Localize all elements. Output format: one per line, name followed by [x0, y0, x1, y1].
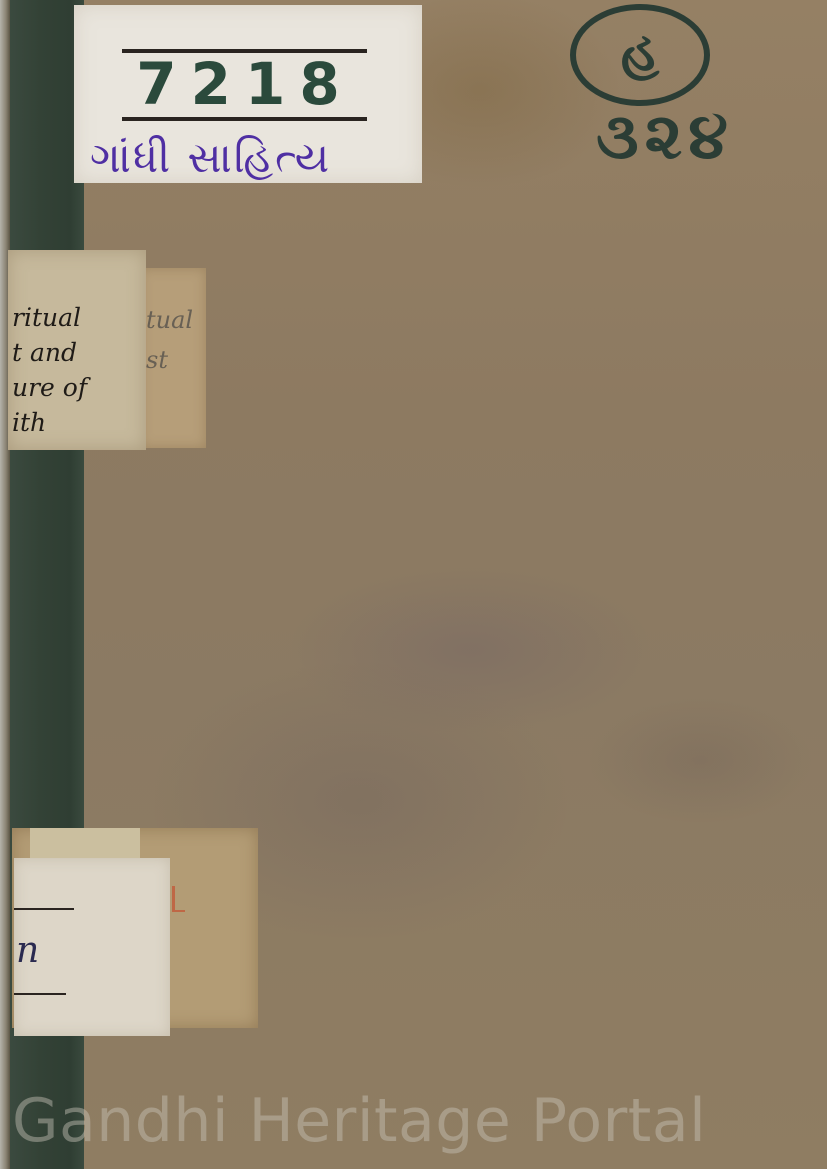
spine-title: ritual t and ure of ith: [12, 300, 146, 440]
spine-title-line: ith: [12, 405, 146, 440]
red-pencil-mark: [172, 886, 185, 912]
spine-title-label: ritual t and ure of ith: [8, 250, 146, 450]
spine-title-line: ure of: [12, 370, 146, 405]
spine-title-line: ritual: [12, 300, 146, 335]
spine-edge: [0, 0, 10, 1169]
ghost-line: st: [146, 340, 206, 380]
circled-letter: હ: [576, 12, 704, 92]
call-number: 7218: [120, 51, 370, 117]
circled-letter-mark: હ: [570, 4, 710, 106]
bottom-sticker: n: [14, 858, 170, 1036]
label-rule-bottom: [122, 117, 367, 121]
sticker-rule-bottom: [14, 993, 66, 995]
sticker-mark: n: [16, 930, 39, 971]
shelf-number: ૩૨૪: [596, 100, 734, 174]
watermark: Gandhi Heritage Portal: [12, 1086, 822, 1156]
subject-stamp: ગાંધી સાહિત્ય: [90, 128, 331, 188]
spine-label-underlay-text: tual st: [146, 300, 206, 380]
bottom-sticker-strip: [30, 828, 140, 862]
ghost-line: tual: [146, 300, 206, 340]
spine-title-line: t and: [12, 335, 146, 370]
sticker-rule-top: [14, 908, 74, 910]
